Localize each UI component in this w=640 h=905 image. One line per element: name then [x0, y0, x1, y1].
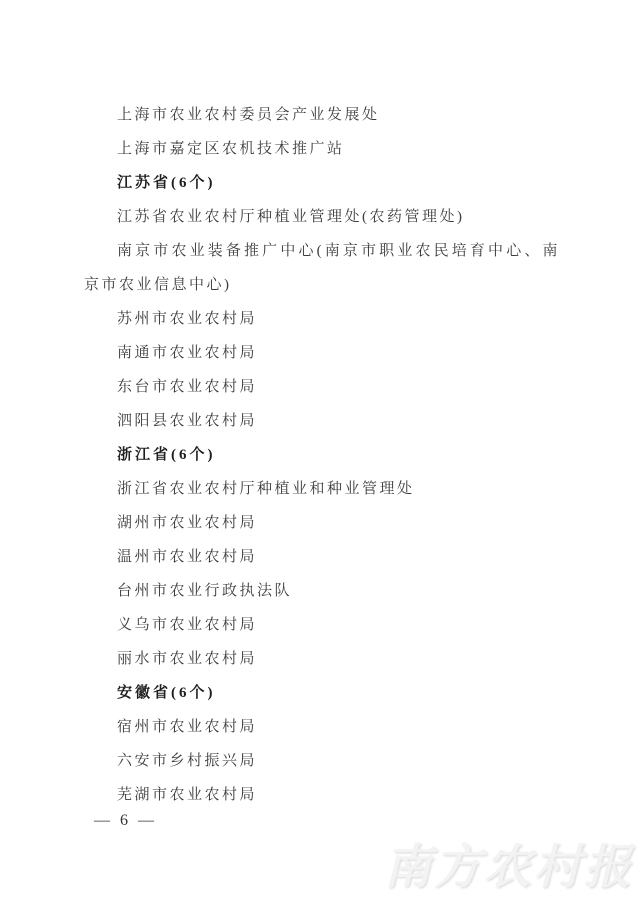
department-entry-line: 湖州市农业农村局 [84, 506, 560, 540]
department-entry-line: 江苏省农业农村厅种植业管理处(农药管理处) [84, 200, 560, 234]
document-body: 上海市农业农村委员会产业发展处上海市嘉定区农机技术推广站江苏省(6个)江苏省农业… [84, 98, 560, 812]
department-entry-line: 上海市嘉定区农机技术推广站 [84, 132, 560, 166]
department-entry-line: 台州市农业行政执法队 [84, 574, 560, 608]
department-entry-line: 宿州市农业农村局 [84, 710, 560, 744]
department-entry-line: 丽水市农业农村局 [84, 642, 560, 676]
province-header-line: 安徽省(6个) [84, 676, 560, 710]
department-entry-line: 温州市农业农村局 [84, 540, 560, 574]
department-entry-line: 南京市农业装备推广中心(南京市职业农民培育中心、南京市农业信息中心) [84, 234, 560, 302]
department-entry-line: 苏州市农业农村局 [84, 302, 560, 336]
department-entry-line: 泗阳县农业农村局 [84, 404, 560, 438]
province-header-line: 江苏省(6个) [84, 166, 560, 200]
department-entry-line: 浙江省农业农村厅种植业和种业管理处 [84, 472, 560, 506]
page-footer: — 6 — [94, 812, 157, 830]
department-entry-line: 芜湖市农业农村局 [84, 778, 560, 812]
department-entry-line: 义乌市农业农村局 [84, 608, 560, 642]
department-entry-line: 东台市农业农村局 [84, 370, 560, 404]
department-entry-line: 南通市农业农村局 [84, 336, 560, 370]
department-entry-line: 六安市乡村振兴局 [84, 744, 560, 778]
newspaper-watermark: 南方农村报 [384, 830, 634, 897]
document-page: 上海市农业农村委员会产业发展处上海市嘉定区农机技术推广站江苏省(6个)江苏省农业… [0, 0, 640, 905]
department-entry-line: 上海市农业农村委员会产业发展处 [84, 98, 560, 132]
page-number: — 6 — [94, 812, 157, 829]
province-header-line: 浙江省(6个) [84, 438, 560, 472]
